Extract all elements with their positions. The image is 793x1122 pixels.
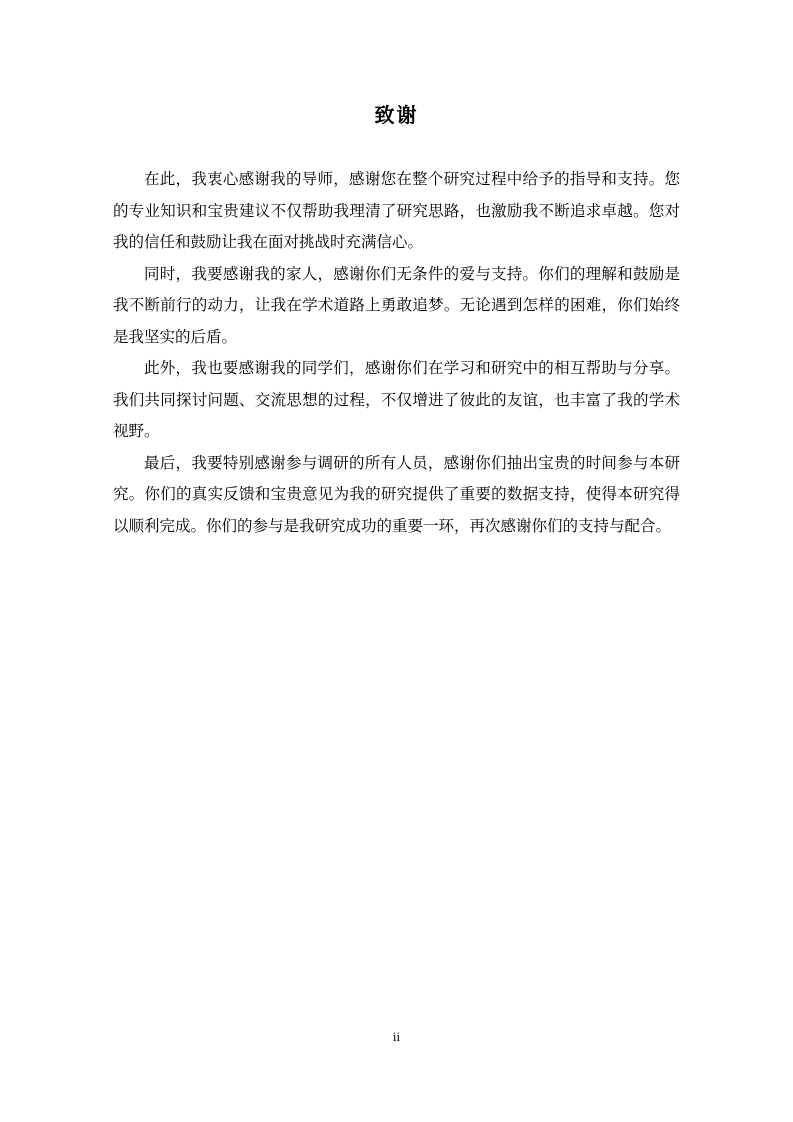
paragraph-participants-thanks: 最后，我要特别感谢参与调研的所有人员，感谢你们抽出宝贵的时间参与本研究。你们的真… xyxy=(113,448,680,543)
page-footer: ii xyxy=(0,1028,793,1046)
paragraph-classmates-thanks: 此外，我也要感谢我的同学们，感谢你们在学习和研究中的相互帮助与分享。我们共同探讨… xyxy=(113,353,680,448)
page-title: 致谢 xyxy=(113,103,680,130)
paragraph-family-thanks: 同时，我要感谢我的家人，感谢你们无条件的爱与支持。你们的理解和鼓励是我不断前行的… xyxy=(113,259,680,354)
document-page: 致谢 在此，我衷心感谢我的导师，感谢您在整个研究过程中给予的指导和支持。您的专业… xyxy=(0,0,793,1122)
paragraph-advisor-thanks: 在此，我衷心感谢我的导师，感谢您在整个研究过程中给予的指导和支持。您的专业知识和… xyxy=(113,164,680,259)
document-body: 在此，我衷心感谢我的导师，感谢您在整个研究过程中给予的指导和支持。您的专业知识和… xyxy=(113,164,680,542)
page-number: ii xyxy=(393,1029,400,1044)
